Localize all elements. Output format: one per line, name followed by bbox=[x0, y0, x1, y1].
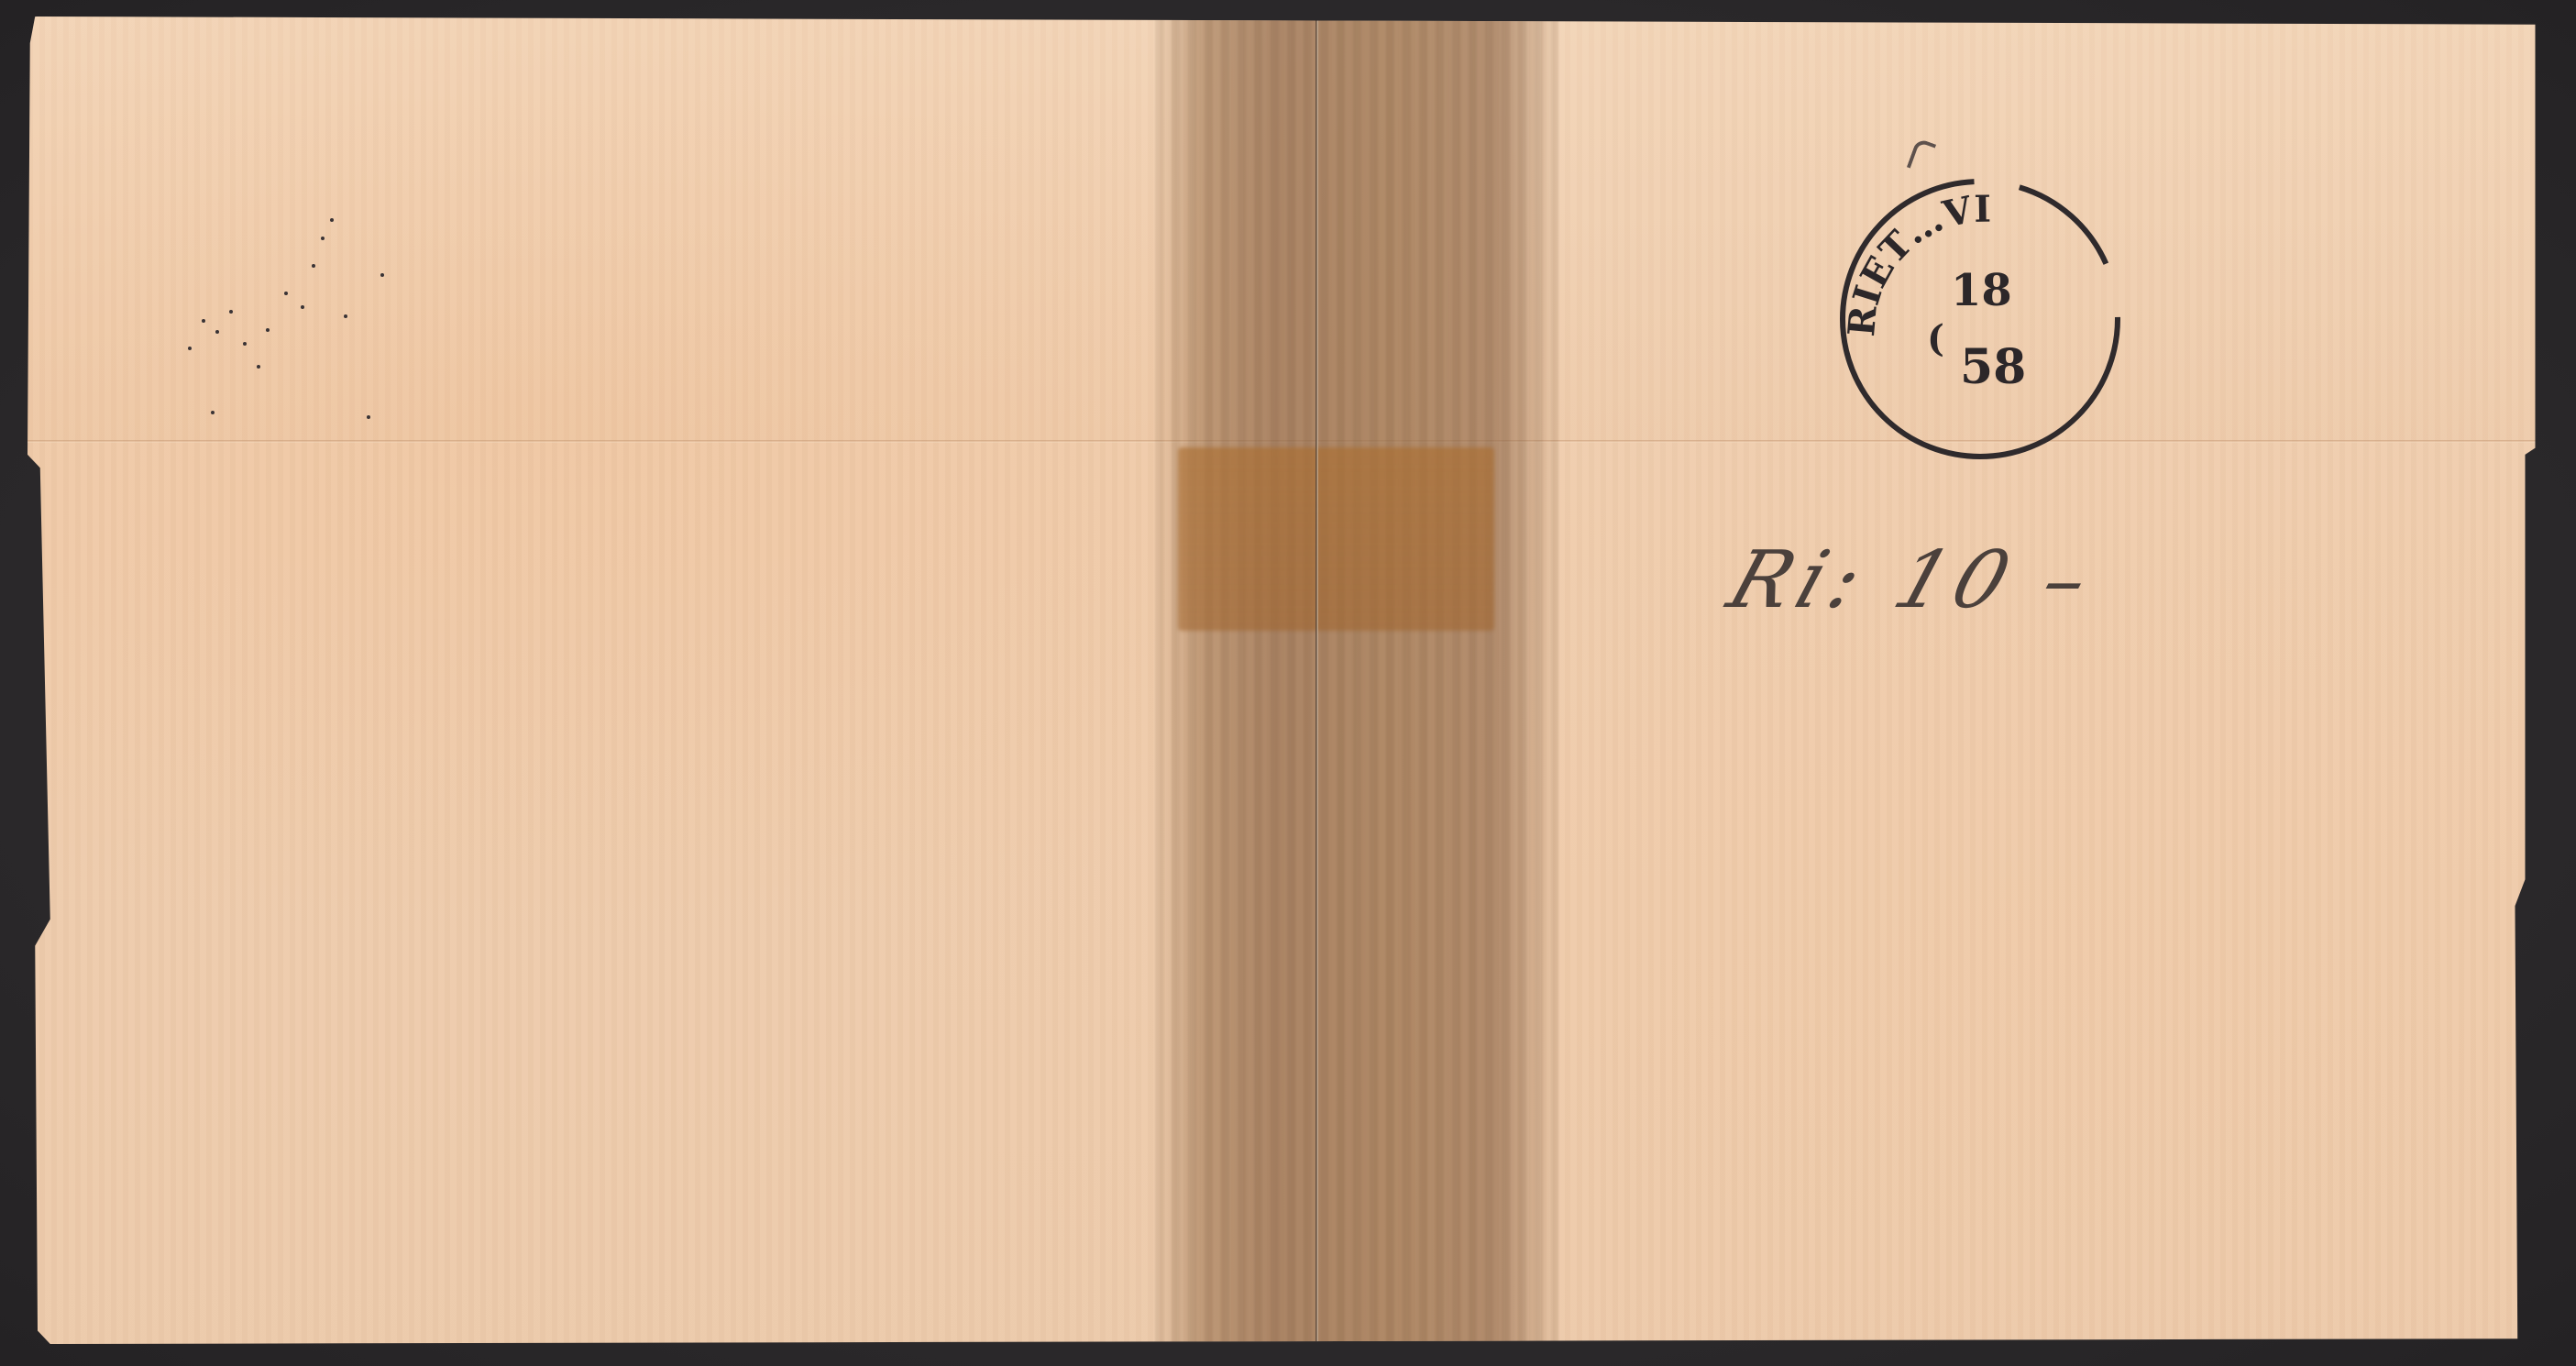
letter-sheet: RIET…VI 18 ( 58 Ri: 10 – bbox=[28, 17, 2550, 1344]
vertical-seam bbox=[1316, 17, 1318, 1344]
photo-stage: RIET…VI 18 ( 58 Ri: 10 – bbox=[0, 0, 2576, 1366]
glue-stain-patch bbox=[1178, 447, 1494, 631]
postmark-day: 18 bbox=[1951, 265, 2012, 316]
circular-date-postmark: RIET…VI 18 ( 58 bbox=[1824, 163, 2136, 475]
postmark-year: 58 bbox=[1960, 339, 2026, 395]
postmark-month: ( bbox=[1927, 317, 1944, 360]
ink-offset-specks bbox=[183, 182, 422, 457]
manuscript-annotation: Ri: 10 – bbox=[1718, 534, 2108, 626]
postmark-graphic: RIET…VI 18 ( 58 bbox=[1824, 163, 2136, 475]
water-stain-band bbox=[1155, 17, 1558, 1344]
